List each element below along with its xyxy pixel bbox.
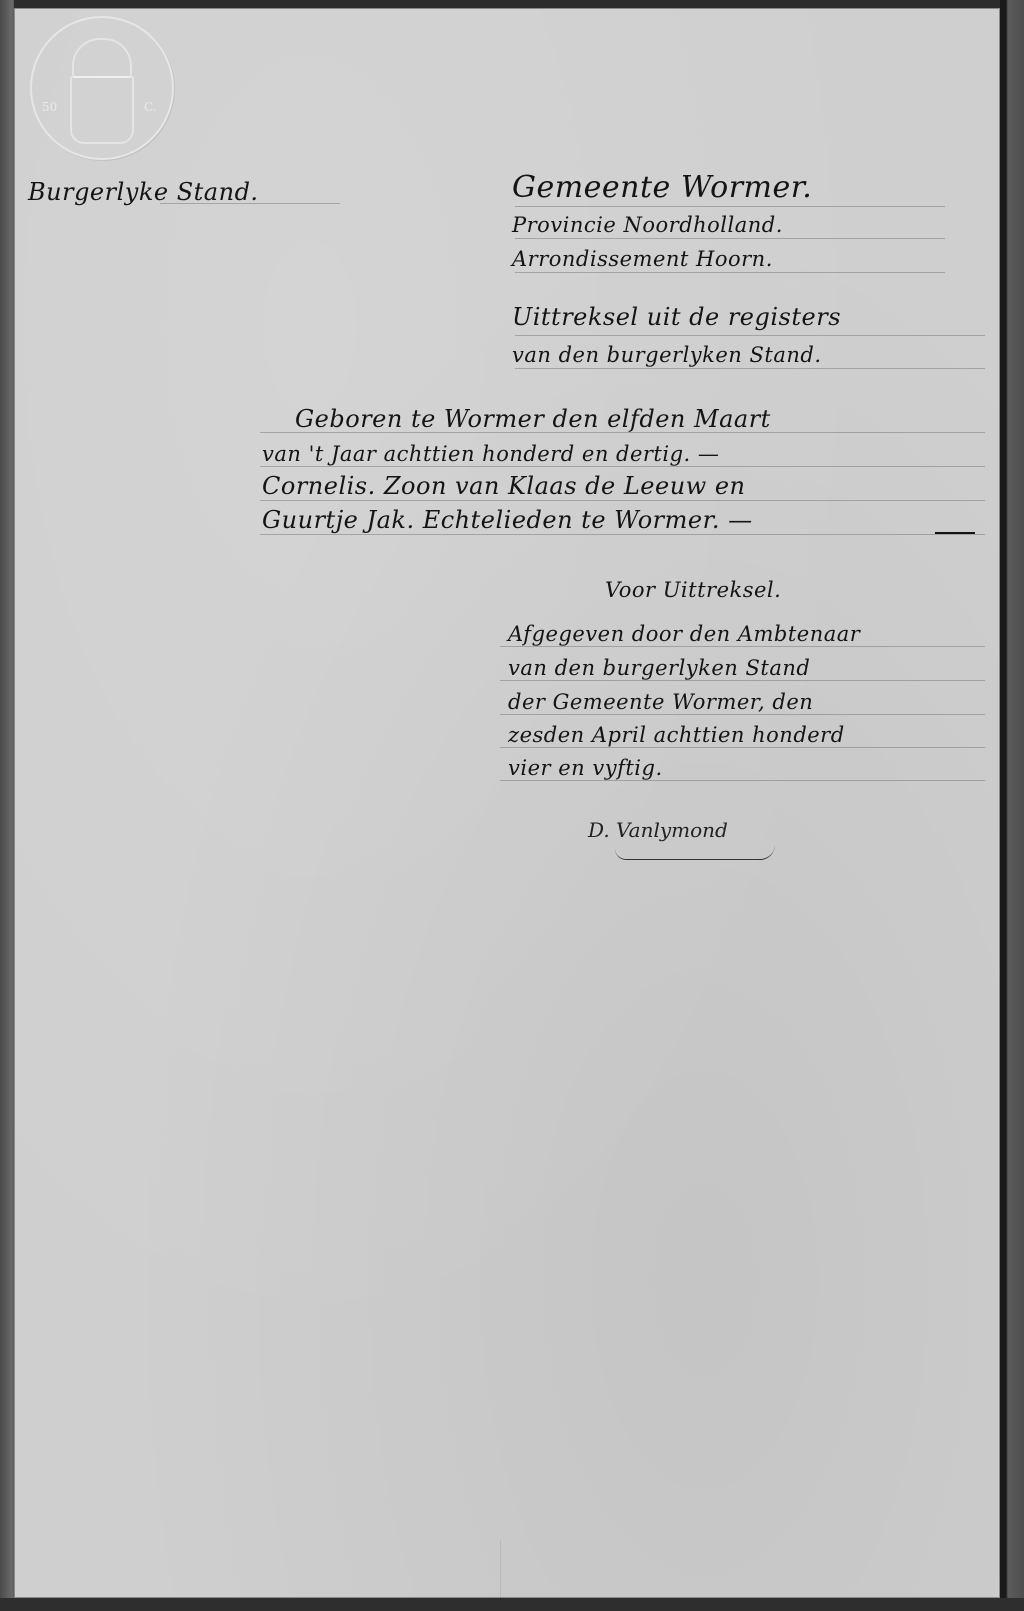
province-line: Provincie Noordholland. [512, 213, 783, 237]
rule-line [500, 780, 985, 781]
rule-line [515, 238, 945, 239]
rule-line [515, 368, 985, 369]
seal-value-right: C. [144, 100, 157, 114]
certification-line-3: der Gemeente Wormer, den [508, 690, 813, 714]
rule-line [515, 272, 945, 273]
municipality-heading: Gemeente Wormer. [512, 170, 812, 205]
registry-label: Burgerlyke Stand. [28, 178, 259, 206]
crown-icon [72, 38, 132, 78]
rule-line [500, 714, 985, 715]
certification-line-5: vier en vyftig. [508, 756, 663, 780]
embossed-seal-icon: 50 C. [30, 16, 174, 160]
rule-line [260, 534, 985, 535]
rule-line [260, 500, 985, 501]
rule-line [500, 646, 985, 647]
extract-title-line-2: van den burgerlyken Stand. [512, 343, 822, 367]
line-end-dash [935, 532, 975, 534]
rule-line [515, 335, 985, 336]
shield-icon [70, 76, 134, 144]
birth-record-line-4: Guurtje Jak. Echtelieden te Wormer. — [262, 506, 753, 534]
rule-line [515, 206, 945, 207]
district-line: Arrondissement Hoorn. [512, 247, 773, 271]
birth-record-line-3: Cornelis. Zoon van Klaas de Leeuw en [262, 472, 745, 500]
extract-title-line-1: Uittreksel uit de registers [512, 303, 841, 331]
certification-line-1: Afgegeven door den Ambtenaar [508, 622, 860, 646]
paper-fold [500, 1540, 501, 1600]
rule-line [500, 680, 985, 681]
page-right-edge [1000, 0, 1024, 1611]
rule-line [500, 747, 985, 748]
certification-line-2: van den burgerlyken Stand [508, 656, 810, 680]
page-bottom-edge [0, 1598, 1024, 1611]
birth-record-line-1: Geboren te Wormer den elfden Maart [295, 405, 771, 433]
signature-flourish [615, 845, 775, 860]
certification-line-4: zesden April achttien honderd [508, 723, 845, 747]
rule-line [260, 466, 985, 467]
certification-heading: Voor Uittreksel. [605, 578, 781, 602]
official-signature: D. Vanlymond [588, 818, 728, 842]
birth-record-line-2: van 't Jaar achttien honderd en dertig. … [262, 442, 719, 466]
document-page [14, 8, 1000, 1598]
seal-value-left: 50 [42, 100, 57, 114]
